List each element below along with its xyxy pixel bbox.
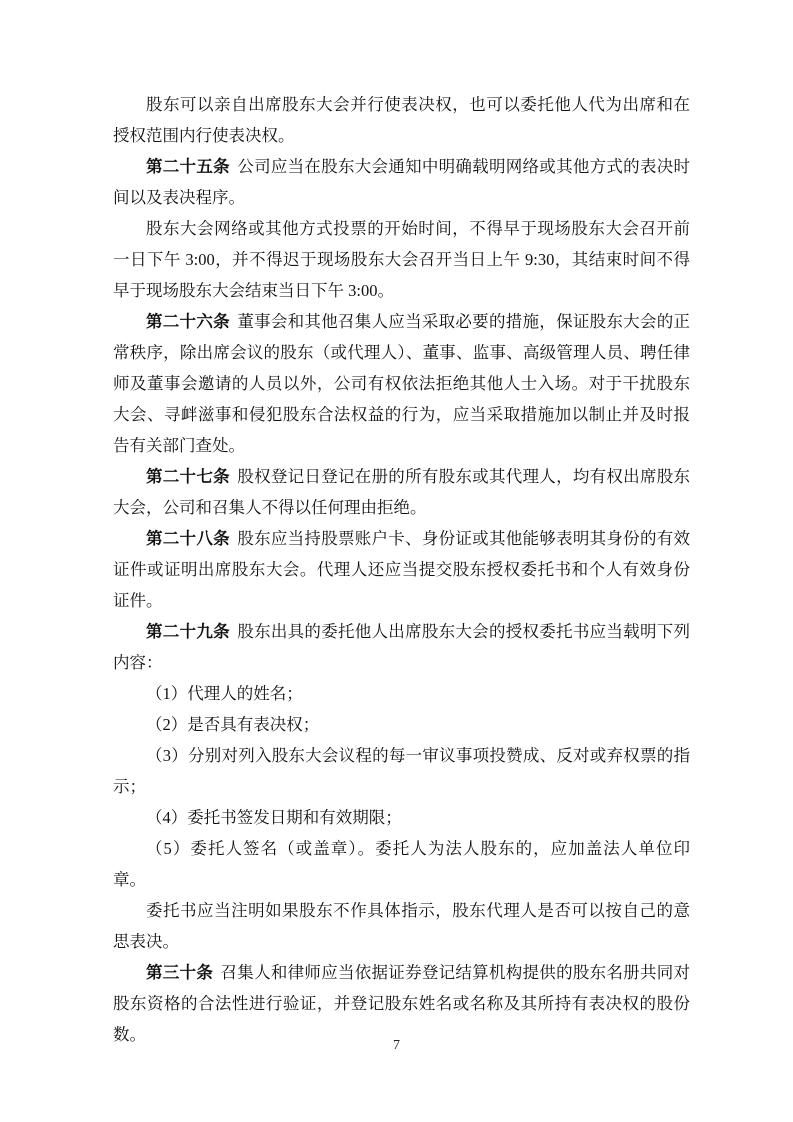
list-item: （4）委托书签发日期和有效期限； [113,802,690,833]
document-page: 股东可以亲自出席股东大会并行使表决权，也可以委托他人代为出席和在授权范围内行使表… [0,0,793,1122]
article-number: 第二十八条 [146,529,230,548]
paragraph-text: 委托书应当注明如果股东不作具体指示，股东代理人是否可以按自己的意思表决。 [113,901,690,951]
paragraph: 股东大会网络或其他方式投票的开始时间，不得早于现场股东大会召开前一日下午 3:0… [113,213,690,306]
paragraph-text: （3）分别对列入股东大会议程的每一审议事项投赞成、反对或弃权票的指示； [113,746,690,796]
paragraph-text: 股东可以亲自出席股东大会并行使表决权，也可以委托他人代为出席和在授权范围内行使表… [113,95,690,145]
document-body: 股东可以亲自出席股东大会并行使表决权，也可以委托他人代为出席和在授权范围内行使表… [113,89,690,1050]
paragraph-text: 董事会和其他召集人应当采取必要的措施，保证股东大会的正常秩序，除出席会议的股东（… [113,312,690,455]
list-item: （1）代理人的姓名； [113,678,690,709]
paragraph-text: （5）委托人签名（或盖章）。委托人为法人股东的，应加盖法人单位印章。 [113,839,690,889]
paragraph: 第二十七条股权登记日登记在册的所有股东或其代理人，均有权出席股东大会，公司和召集… [113,461,690,523]
paragraph: 第二十九条股东出具的委托他人出席股东大会的授权委托书应当载明下列内容： [113,616,690,678]
article-number: 第二十五条 [146,157,230,176]
article-number: 第二十六条 [146,312,230,331]
paragraph: 第二十八条股东应当持股票账户卡、身份证或其他能够表明其身份的有效证件或证明出席股… [113,523,690,616]
list-item: （3）分别对列入股东大会议程的每一审议事项投赞成、反对或弃权票的指示； [113,740,690,802]
paragraph: 第二十五条公司应当在股东大会通知中明确载明网络或其他方式的表决时间以及表决程序。 [113,151,690,213]
page-number: 7 [0,1036,793,1056]
article-number: 第二十七条 [146,467,230,486]
article-number: 第三十条 [146,963,213,982]
paragraph-text: （2）是否具有表决权； [146,715,319,734]
article-number: 第二十九条 [146,622,230,641]
paragraph: 股东可以亲自出席股东大会并行使表决权，也可以委托他人代为出席和在授权范围内行使表… [113,89,690,151]
paragraph-text: 股东大会网络或其他方式投票的开始时间，不得早于现场股东大会召开前一日下午 3:0… [113,219,690,300]
paragraph: 委托书应当注明如果股东不作具体指示，股东代理人是否可以按自己的意思表决。 [113,895,690,957]
list-item: （2）是否具有表决权； [113,709,690,740]
paragraph-text: （4）委托书签发日期和有效期限； [146,808,402,827]
paragraph-text: （1）代理人的姓名； [146,684,303,703]
paragraph: 第二十六条董事会和其他召集人应当采取必要的措施，保证股东大会的正常秩序，除出席会… [113,306,690,461]
list-item: （5）委托人签名（或盖章）。委托人为法人股东的，应加盖法人单位印章。 [113,833,690,895]
